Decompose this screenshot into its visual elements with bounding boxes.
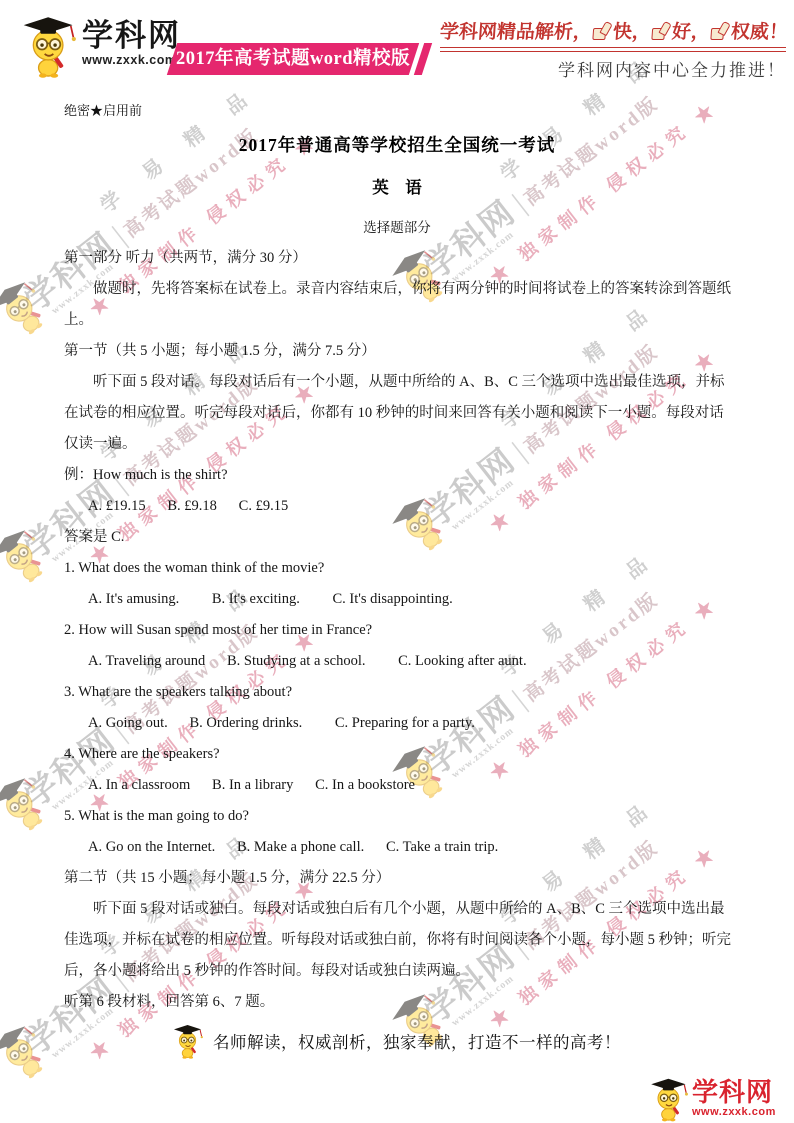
zxxk-logo-top-left: 学科网 www.zxxk.com [22,13,181,79]
doc-line: 仅读一遍。 [64,429,738,460]
zxxk-logo-url: www.zxxk.com [692,1106,776,1118]
slogan-part-4: 权威！ [730,22,788,43]
classified-label: 绝密★启用前 [64,100,142,119]
doc-line: 2. How will Susan spend most of her time… [64,615,738,646]
doc-line: 例：How much is the shirt? [64,460,738,491]
slogan-part-3: 好， [671,22,710,43]
doc-line: A. Going out. B. Ordering drinks. C. Pre… [64,708,738,739]
exam-section-type: 选择题部分 [0,216,794,236]
zxxk-mascot-icon [22,13,76,79]
footer-banner: 名师解读，权威剖析，独家奉献，打造不一样的高考！ [0,1022,794,1060]
doc-line: A. Go on the Internet. B. Make a phone c… [64,832,738,863]
doc-line: 听第 6 段材料，回答第 6、7 题。 [64,987,738,1018]
footer-mascot-icon [173,1022,203,1060]
document-body: 绝密★启用前 2017年普通高等学校招生全国统一考试 英 语 选择题部分 第一部… [0,0,794,1123]
zxxk-logo-url: www.zxxk.com [82,53,181,67]
doc-lines: 第一部分 听力（共两节，满分 30 分）做题时，先将答案标在试卷上。录音内容结束… [64,243,738,1018]
doc-line: 听下面 5 段对话。每段对话后有一个小题，从题中所给的 A、B、C 三个选项中选… [64,367,738,398]
doc-line: 第一节（共 5 小题；每小题 1.5 分，满分 7.5 分） [64,336,738,367]
doc-line: A. Traveling around B. Studying at a sch… [64,646,738,677]
doc-line: A. £19.15 B. £9.18 C. £9.15 [64,491,738,522]
zxxk-logo-name: 学科网 [82,19,181,53]
zxxk-logo-bottom-right: 学科网 www.zxxk.com [650,1076,776,1122]
thumbs-up-icon [710,23,730,40]
header-subslogan: 学科网内容中心全力推进！ [440,56,786,81]
header-slogan: 学科网精品解析，快，好，权威！ [439,17,789,44]
slogan-underline [440,47,786,52]
slogan-part-1: 学科网精品解析， [439,22,592,43]
slogan-part-2: 快， [612,22,651,43]
edition-ribbon-label: 2017年高考试题word精校版 [172,43,414,75]
doc-line: 佳选项，并标在试卷的相应位置。听每段对话或独白前，你将有时间阅读各个小题，每小题… [64,925,738,956]
exam-title: 2017年普通高等学校招生全国统一考试 [0,132,794,157]
header-slogan-block: 学科网精品解析，快，好，权威！ 学科网内容中心全力推进！ [440,17,786,81]
page-header: 学科网 www.zxxk.com 2017年高考试题word精校版 学科网精品解… [0,0,794,92]
doc-line: A. In a classroom B. In a library C. In … [64,770,738,801]
doc-line: 第二节（共 15 小题；每小题 1.5 分，满分 22.5 分） [64,863,738,894]
doc-line: 第一部分 听力（共两节，满分 30 分） [64,243,738,274]
doc-line: 3. What are the speakers talking about? [64,677,738,708]
doc-line: 做题时，先将答案标在试卷上。录音内容结束后，你将有两分钟的时间将试卷上的答案转涂… [64,274,738,305]
zxxk-mascot-icon [650,1076,688,1122]
doc-line: 在试卷的相应位置。听完每段对话后，你都有 10 秒钟的时间来回答有关小题和阅读下… [64,398,738,429]
doc-line: 答案是 C. [64,522,738,553]
edition-ribbon: 2017年高考试题word精校版 [172,43,414,75]
doc-line: 1. What does the woman think of the movi… [64,553,738,584]
footer-banner-text: 名师解读，权威剖析，独家奉献，打造不一样的高考！ [213,1029,621,1053]
doc-line: A. It's amusing. B. It's exciting. C. It… [64,584,738,615]
zxxk-logo-name: 学科网 [692,1078,776,1106]
exam-paper-page: 学 易 精 品 学科网 www.zxxk.com | 高考试题word版 ★ 独… [0,0,794,1123]
doc-line: 4. Where are the speakers? [64,739,738,770]
thumbs-up-icon [592,23,612,40]
exam-subject: 英 语 [0,174,794,198]
doc-line: 后，各小题将给出 5 秒钟的作答时间。每段对话或独白读两遍。 [64,956,738,987]
doc-line: 5. What is the man going to do? [64,801,738,832]
doc-line: 上。 [64,305,738,336]
thumbs-up-icon [651,23,671,40]
doc-line: 听下面 5 段对话或独白。每段对话或独白后有几个小题，从题中所给的 A、B、C … [64,894,738,925]
